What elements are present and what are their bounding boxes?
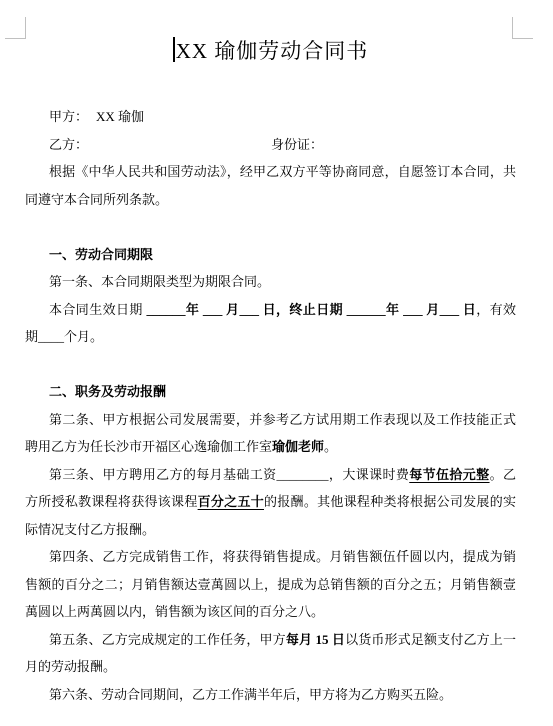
text-run: 。: [324, 439, 337, 454]
text-run: 第四条、乙方完成销售工作，将获得销售提成。月销售额伍仟圆以内，提成为销售额的百分…: [25, 549, 516, 619]
preamble[interactable]: 根据《中华人民共和国劳动法》，经甲乙双方平等协商同意，自愿签订本合同，共同遵守本…: [25, 158, 516, 213]
text-run: 每节伍拾元整: [409, 467, 489, 482]
text-run: 第一条、本合同期限类型为期限合同。: [49, 274, 270, 289]
text-run: 个月。: [64, 329, 103, 344]
document-title: XX 瑜伽劳动合同书: [176, 39, 369, 63]
text-run: 第三条、甲方聘用乙方的每月基础工资: [49, 467, 277, 482]
party-a-line[interactable]: 甲方：XX 瑜伽: [25, 103, 516, 131]
text-run: 百分之五十: [198, 494, 264, 509]
text-run: 瑜伽老师: [272, 439, 324, 454]
text-run: 身份证：: [271, 137, 323, 152]
blank-field[interactable]: ______年 ___ 月___ 日，终止日期 ______年 ___ 月___…: [146, 302, 476, 317]
text-run: 根据《中华人民共和国劳动法》，经甲乙双方平等协商同意，自愿签订本合同，共同遵守本…: [25, 164, 516, 207]
blank-line: [25, 351, 516, 379]
text-run: ，大课课时费: [329, 467, 410, 482]
document-body[interactable]: 甲方：XX 瑜伽乙方：身份证：根据《中华人民共和国劳动法》，经甲乙双方平等协商同…: [25, 103, 516, 708]
text-run: 本合同生效日期: [49, 302, 146, 317]
text-run: 第五条、乙方完成规定的工作任务，甲方: [49, 632, 286, 647]
clause-5[interactable]: 第五条、乙方完成规定的工作任务，甲方每月 15 日以货币形式足额支付乙方上一月的…: [25, 626, 516, 681]
blank-line: [25, 213, 516, 241]
blank-field[interactable]: ________: [277, 467, 329, 482]
clause-3[interactable]: 第三条、甲方聘用乙方的每月基础工资________，大课课时费每节伍拾元整。乙方…: [25, 461, 516, 544]
text-run: 乙方：: [49, 137, 88, 152]
party-b-line[interactable]: 乙方：身份证：: [25, 131, 516, 159]
text-run: 第六条、劳动合同期间，乙方工作满半年后，甲方将为乙方购买五险。: [49, 687, 452, 702]
text-run: 第二条、甲方根据公司发展需要，并参考乙方试用期工作表现以及工作技能正式聘用乙方为…: [25, 412, 516, 455]
text-run: 每月 15 日: [286, 632, 345, 647]
section-2-heading[interactable]: 二、职务及劳动报酬: [25, 378, 516, 406]
text-run: XX 瑜伽: [96, 109, 144, 124]
section-1-heading[interactable]: 一、劳动合同期限: [25, 241, 516, 269]
clause-2[interactable]: 第二条、甲方根据公司发展需要，并参考乙方试用期工作表现以及工作技能正式聘用乙方为…: [25, 406, 516, 461]
text-run: 甲方：: [49, 109, 88, 124]
clause-6[interactable]: 第六条、劳动合同期间，乙方工作满半年后，甲方将为乙方购买五险。: [25, 681, 516, 709]
text-run: 一、劳动合同期限: [49, 247, 153, 262]
clause-date-line[interactable]: 本合同生效日期 ______年 ___ 月___ 日，终止日期 ______年 …: [25, 296, 516, 351]
blank-field[interactable]: ____: [38, 329, 64, 344]
text-run: 二、职务及劳动报酬: [49, 384, 166, 399]
clause-1[interactable]: 第一条、本合同期限类型为期限合同。: [25, 268, 516, 296]
page-margin-corner-top-left: [5, 17, 26, 39]
document-title-line[interactable]: XX 瑜伽劳动合同书: [25, 36, 516, 66]
clause-4[interactable]: 第四条、乙方完成销售工作，将获得销售提成。月销售额伍仟圆以内，提成为销售额的百分…: [25, 543, 516, 626]
document-page[interactable]: { "page": { "background_color": "#ffffff…: [0, 0, 553, 726]
text-cursor: [173, 37, 175, 62]
